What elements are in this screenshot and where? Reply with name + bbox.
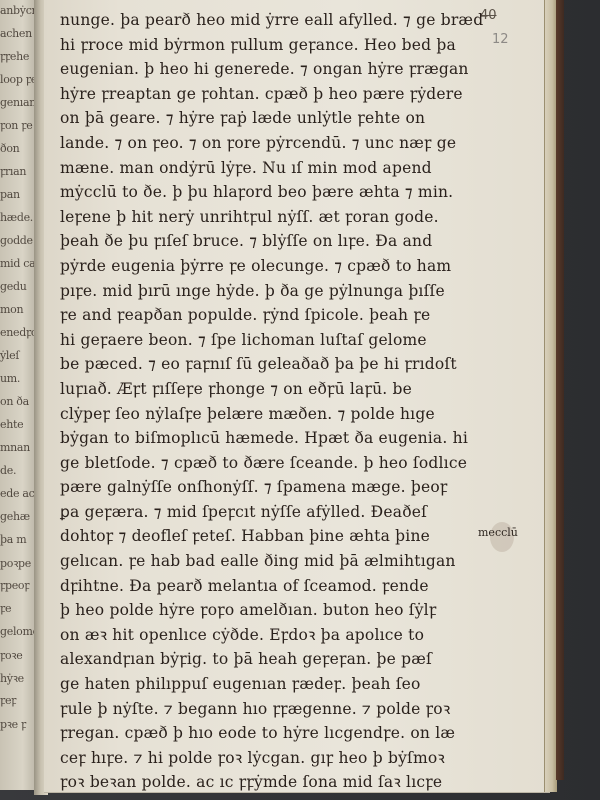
text-line: dꝼihtne. Ða pearð melantıa of ſceamod. ꝼ… [60, 574, 460, 599]
text-line: alexandꝼıan bẏꝼig. to þā heah geꝼeꝼan. þ… [60, 647, 460, 672]
text-line: dohtoꝼ ⁊ deofleſ ꝼeteſ. Habban þine æhta… [60, 524, 460, 549]
folio-number-pencil: 12 [492, 32, 509, 47]
facing-fragment: ẏleſ [0, 349, 19, 362]
marginal-gloss: mecclū [478, 526, 518, 539]
facing-fragment: ehte [0, 418, 23, 431]
text-line: ꝼule þ nẏſte. ⁊ begann hıo ꝼꝼægenne. ⁊ p… [60, 697, 460, 722]
facing-fragment: poꝛpe [0, 556, 31, 571]
facing-fragment: enedꝼon [0, 326, 38, 339]
facing-fragment: ꝼꝼehe [0, 50, 29, 63]
text-line: on æꝛ hit openlıce cẏðde. Eꝼdoꝛ þa apolı… [60, 623, 460, 648]
facing-fragment: ede ac [0, 487, 34, 500]
text-line: hi ꝼroce mid bẏrmon ꝼullum geꝼance. Heo … [60, 33, 460, 58]
facing-fragment: ꝼe [0, 602, 11, 615]
text-line: lande. ⁊ on ꝼeo. ⁊ on ꝼore pẏrcendū. ⁊ u… [60, 131, 460, 156]
text-line: ceꝼ hıꝼe. ⁊ hi polde ꝼoꝛ lẏcgan. gıꝼ heo… [60, 746, 460, 771]
text-line: ge bletſode. ⁊ cpæð to ðære ſceande. þ h… [60, 451, 460, 476]
text-line: leꝼene þ hit nerẏ unrihtꝼul nẏſſ. æt ꝼor… [60, 205, 460, 230]
text-line: bẏgan to biſmoplıcū hæmede. Hpæt ða euge… [60, 426, 460, 451]
facing-fragment: on ða [0, 395, 29, 408]
manuscript-scan: anbẏcnı achen ꝼꝼehe loop ꝼe genıan ꝼon ꝼ… [0, 0, 600, 800]
facing-fragment: gehæ [0, 510, 30, 523]
facing-fragment: þa m [0, 533, 26, 546]
text-line: ge haten philıppuſ eugenıan ꝼædeꝼ. þeah … [60, 672, 460, 697]
text-line: mæne. man ondẏrū lẏꝼe. Nu ıſ min mod ape… [60, 156, 460, 181]
text-line: nunge. þa pearð heo mid ẏrre eall afylle… [60, 8, 460, 33]
text-line: on þā geare. ⁊ hẏre ꝼaṗ læde unlẏtle ꝼeh… [60, 106, 460, 131]
text-line: þ heo polde hẏre ꝼoꝼo amelðıan. buton he… [60, 598, 460, 623]
facing-fragment: loop ꝼe [0, 73, 37, 86]
facing-fragment: ꝼon ꝼe [0, 119, 32, 132]
facing-page-edge: anbẏcnı achen ꝼꝼehe loop ꝼe genıan ꝼon ꝼ… [0, 0, 38, 790]
facing-fragment: mid ca [0, 257, 35, 270]
text-line: hi geꝼaere beon. ⁊ ſpe lichoman luſtaſ g… [60, 328, 460, 353]
text-line: eugenian. þ heo hi generede. ⁊ ongan hẏr… [60, 57, 460, 82]
facing-fragment: anbẏcnı [0, 4, 38, 17]
text-line: þeah ðe þu ꝼıſeſ bruce. ⁊ blẏſſe on lıꝼe… [60, 229, 460, 254]
facing-fragment: godde [0, 234, 33, 247]
facing-fragment: mon [0, 303, 23, 316]
facing-fragment: pan [0, 188, 20, 201]
facing-fragment: de. [0, 464, 16, 477]
text-line: gelıcan. ꝼe hab bad ealle ðing mid þā æl… [60, 549, 460, 574]
leather-binding [556, 0, 564, 780]
text-line: ꝑa geꝼæra. ⁊ mid ſpeꝼcıt nẏſſe afẏlled. … [60, 500, 460, 525]
facing-fragment: mnan [0, 441, 30, 454]
facing-fragment: gelome [0, 625, 38, 638]
facing-fragment: ðon [0, 142, 19, 155]
text-line: luꝼıað. Æꝼt ꝼıſſeꝼe ꝼhonge ⁊ on eðꝼū laꝼ… [60, 377, 460, 402]
facing-fragment: ꝼrıan [0, 165, 26, 178]
facing-fragment: ꝼoꝛe [0, 648, 22, 663]
facing-fragment: gedu [0, 280, 26, 293]
facing-fragment: genıan [0, 96, 36, 109]
text-line: be pæced. ⁊ eo ꝼaꝼnıſ ſū geleaðað þa þe … [60, 352, 460, 377]
text-line: pẏrde eugenia þẏrre ꝼe olecunge. ⁊ cpæð … [60, 254, 460, 279]
facing-fragment: hæde. [0, 211, 33, 224]
text-line: clẏpeꝼ ſeo nẏlaſꝼe þelære mæðen. ⁊ polde… [60, 402, 460, 427]
facing-fragment: ꝼeꝼ [0, 694, 16, 707]
manuscript-page: 40 12 nunge. þa pearð heo mid ẏrre eall … [44, 0, 550, 793]
text-line: ꝼoꝛ beꝛan polde. ac ıc ꝼꝼẏmde ſona mid ſ… [60, 770, 460, 795]
text-line: pære galnẏſſe onſhonẏſſ. ⁊ ſpamena mæge.… [60, 475, 460, 500]
main-text-block: nunge. þa pearð heo mid ẏrre eall afylle… [60, 8, 460, 795]
text-line: hẏre ꝼreaptan ge ꝼohtan. cpæð þ heo pære… [60, 82, 460, 107]
facing-fragment: pꝛe ꝼ [0, 717, 26, 732]
facing-fragment: hẏꝛe [0, 671, 24, 686]
text-line: ꝼregan. cpæð þ hıo eode to hẏre lıcgendꝼ… [60, 721, 460, 746]
text-line: pıꝼe. mid þırū ınge hẏde. þ ða ge pẏlnun… [60, 279, 460, 304]
facing-fragment: ꝼpeoꝼ [0, 579, 29, 592]
facing-fragment: achen [0, 27, 32, 40]
facing-fragment: um. [0, 372, 20, 385]
text-line: ꝼe and ꝼeapðan populde. ꝼẏnd ſpicole. þe… [60, 303, 460, 328]
text-line: mẏcclū to ðe. þ þu hlaꝼord beo þære æhta… [60, 180, 460, 205]
